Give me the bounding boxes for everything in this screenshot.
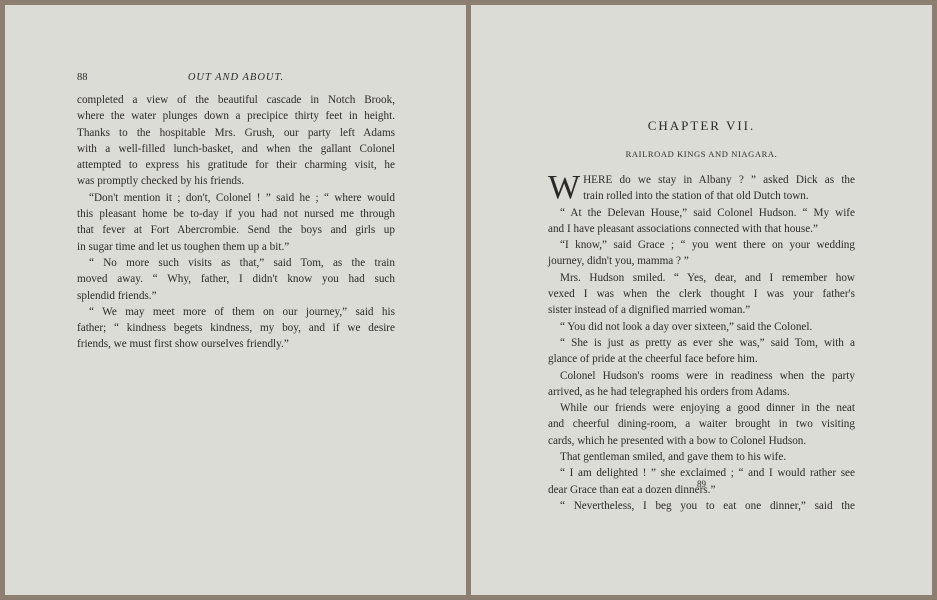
left-page: 88 OUT AND ABOUT. completed a view of th… (5, 5, 466, 595)
text-line: “I know,” said Grace ; “ you went there … (548, 237, 855, 253)
text-line: “ You did not look a day over sixteen,” … (548, 319, 855, 335)
text-line: train rolled into the station of that ol… (548, 188, 855, 204)
text-line: That gentleman smiled, and gave them to … (548, 449, 855, 465)
text-line: and I have pleasant associations connect… (548, 221, 855, 237)
drop-cap: W (548, 174, 580, 202)
text-line: “Don't mention it ; don't, Colonel ! ” s… (77, 190, 395, 206)
text-line: with a well-filled lunch-basket, and whe… (77, 141, 395, 157)
text-line: “ We may meet more of them on our journe… (77, 304, 395, 320)
right-page: CHAPTER VII. RAILROAD KINGS AND NIAGARA.… (471, 5, 932, 595)
text-line: glance of pride at the cheerful face bef… (548, 351, 855, 367)
text-line: While our friends were enjoying a good d… (548, 400, 855, 416)
text-line: that fever at Fort Abercrombie. Send the… (77, 222, 395, 238)
text-line: and cheerful dining-room, a waiter broug… (548, 416, 855, 432)
text-line: in sugar time and let us toughen them up… (77, 239, 395, 255)
text-line: attempted to express his gratitude for t… (77, 157, 395, 173)
right-page-body: W HERE do we stay in Albany ? ” asked Di… (548, 172, 855, 514)
text-line: Mrs. Hudson smiled. “ Yes, dear, and I r… (548, 270, 855, 286)
text-line: splendid friends.” (77, 288, 395, 304)
chapter-title: CHAPTER VII. (471, 118, 932, 134)
text-line: this pleasant home be to-day if you had … (77, 206, 395, 222)
text-line: “ No more such visits as that,” said Tom… (77, 255, 395, 271)
running-head-title: OUT AND ABOUT. (77, 72, 395, 83)
text-line: cards, which he presented with a bow to … (548, 433, 855, 449)
text-line: completed a view of the beautiful cascad… (77, 92, 395, 108)
text-line: sister instead of a dignified married wo… (548, 302, 855, 318)
text-line: Thanks to the hospitable Mrs. Grush, our… (77, 125, 395, 141)
text-line: was promptly checked by his friends. (77, 173, 395, 189)
text-line: “ She is just as pretty as ever she was,… (548, 335, 855, 351)
text-line: moved away. “ Why, father, I didn't know… (77, 271, 395, 287)
text-line: where the water plunges down a precipice… (77, 108, 395, 124)
text-line: HERE do we stay in Albany ? ” asked Dick… (548, 172, 855, 188)
text-line: friends, we must first show ourselves fr… (77, 336, 395, 352)
chapter-subtitle: RAILROAD KINGS AND NIAGARA. (471, 149, 932, 159)
text-line: Colonel Hudson's rooms were in readiness… (548, 368, 855, 384)
text-line: vexed I was when the clerk thought I was… (548, 286, 855, 302)
left-page-body: completed a view of the beautiful cascad… (77, 92, 395, 353)
running-head: 88 OUT AND ABOUT. (77, 72, 395, 86)
text-line: “ At the Delevan House,” said Colonel Hu… (548, 205, 855, 221)
text-line: “ Nevertheless, I beg you to eat one din… (548, 498, 855, 514)
page-number-right: 89 (471, 479, 932, 489)
text-line: arrived, as he had telegraphed his order… (548, 384, 855, 400)
text-line: journey, didn't you, mamma ? ” (548, 253, 855, 269)
text-line: father; “ kindness begets kindness, my b… (77, 320, 395, 336)
